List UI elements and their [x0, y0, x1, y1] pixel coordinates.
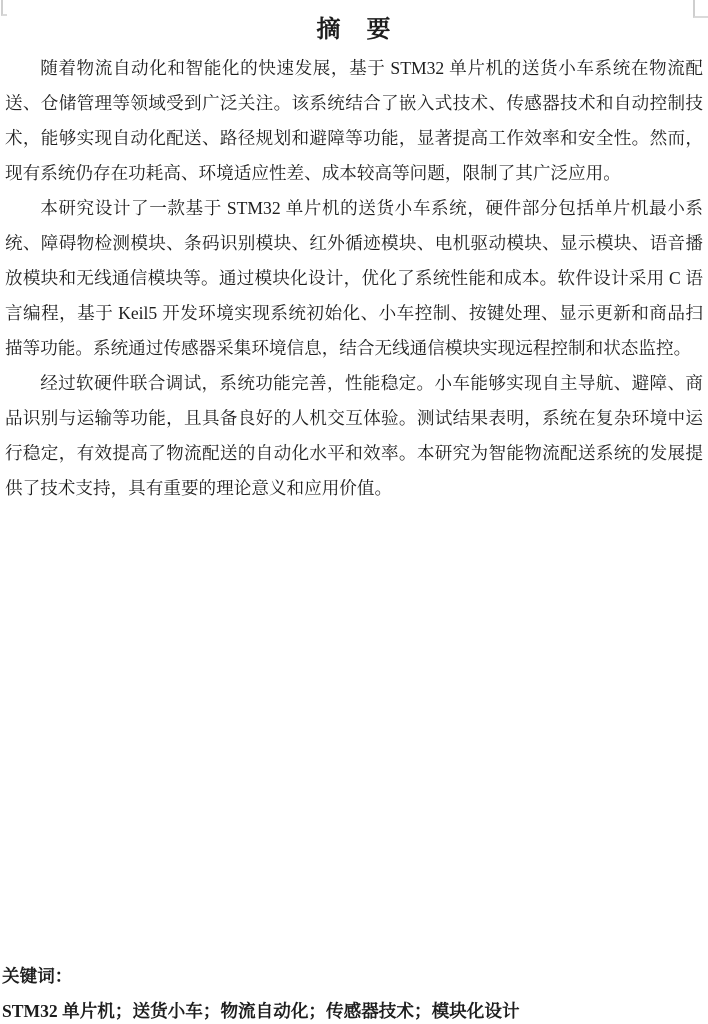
abstract-line: 术，能够实现自动化配送、路径规划和避障等功能，显著提高工作效率和安全性。然而，: [5, 121, 703, 156]
abstract-line: 供了技术支持，具有重要的理论意义和应用价值。: [5, 471, 703, 506]
abstract-paragraph: 本研究设计了一款基于 STM32 单片机的送货小车系统，硬件部分包括单片机最小系…: [5, 191, 703, 366]
keywords-text: STM32 单片机；送货小车；物流自动化；传感器技术；模块化设计: [2, 994, 702, 1024]
abstract-title: 摘 要: [0, 13, 708, 48]
abstract-line: 本研究设计了一款基于 STM32 单片机的送货小车系统，硬件部分包括单片机最小系: [5, 191, 703, 226]
keywords-label: 关键词：: [2, 959, 702, 994]
abstract-line: 现有系统仍存在功耗高、环境适应性差、成本较高等问题，限制了其广泛应用。: [5, 156, 703, 191]
abstract-line: 放模块和无线通信模块等。通过模块化设计，优化了系统性能和成本。软件设计采用 C …: [5, 261, 703, 296]
abstract-line: 描等功能。系统通过传感器采集环境信息，结合无线通信模块实现远程控制和状态监控。: [5, 331, 703, 366]
abstract-body: 随着物流自动化和智能化的快速发展，基于 STM32 单片机的送货小车系统在物流配…: [5, 51, 703, 506]
abstract-paragraph: 随着物流自动化和智能化的快速发展，基于 STM32 单片机的送货小车系统在物流配…: [5, 51, 703, 191]
abstract-line: 随着物流自动化和智能化的快速发展，基于 STM32 单片机的送货小车系统在物流配: [5, 51, 703, 86]
keywords-section: 关键词： STM32 单片机；送货小车；物流自动化；传感器技术；模块化设计: [2, 959, 702, 1024]
abstract-line: 送、仓储管理等领域受到广泛关注。该系统结合了嵌入式技术、传感器技术和自动控制技: [5, 86, 703, 121]
abstract-line: 品识别与运输等功能，且具备良好的人机交互体验。测试结果表明，系统在复杂环境中运: [5, 401, 703, 436]
abstract-line: 经过软硬件联合调试，系统功能完善，性能稳定。小车能够实现自主导航、避障、商: [5, 366, 703, 401]
document-page: 摘 要 随着物流自动化和智能化的快速发展，基于 STM32 单片机的送货小车系统…: [0, 0, 708, 1024]
abstract-line: 统、障碍物检测模块、条码识别模块、红外循迹模块、电机驱动模块、显示模块、语音播: [5, 226, 703, 261]
abstract-line: 行稳定，有效提高了物流配送的自动化水平和效率。本研究为智能物流配送系统的发展提: [5, 436, 703, 471]
abstract-line: 言编程，基于 Keil5 开发环境实现系统初始化、小车控制、按键处理、显示更新和…: [5, 296, 703, 331]
abstract-paragraph: 经过软硬件联合调试，系统功能完善，性能稳定。小车能够实现自主导航、避障、商品识别…: [5, 366, 703, 506]
